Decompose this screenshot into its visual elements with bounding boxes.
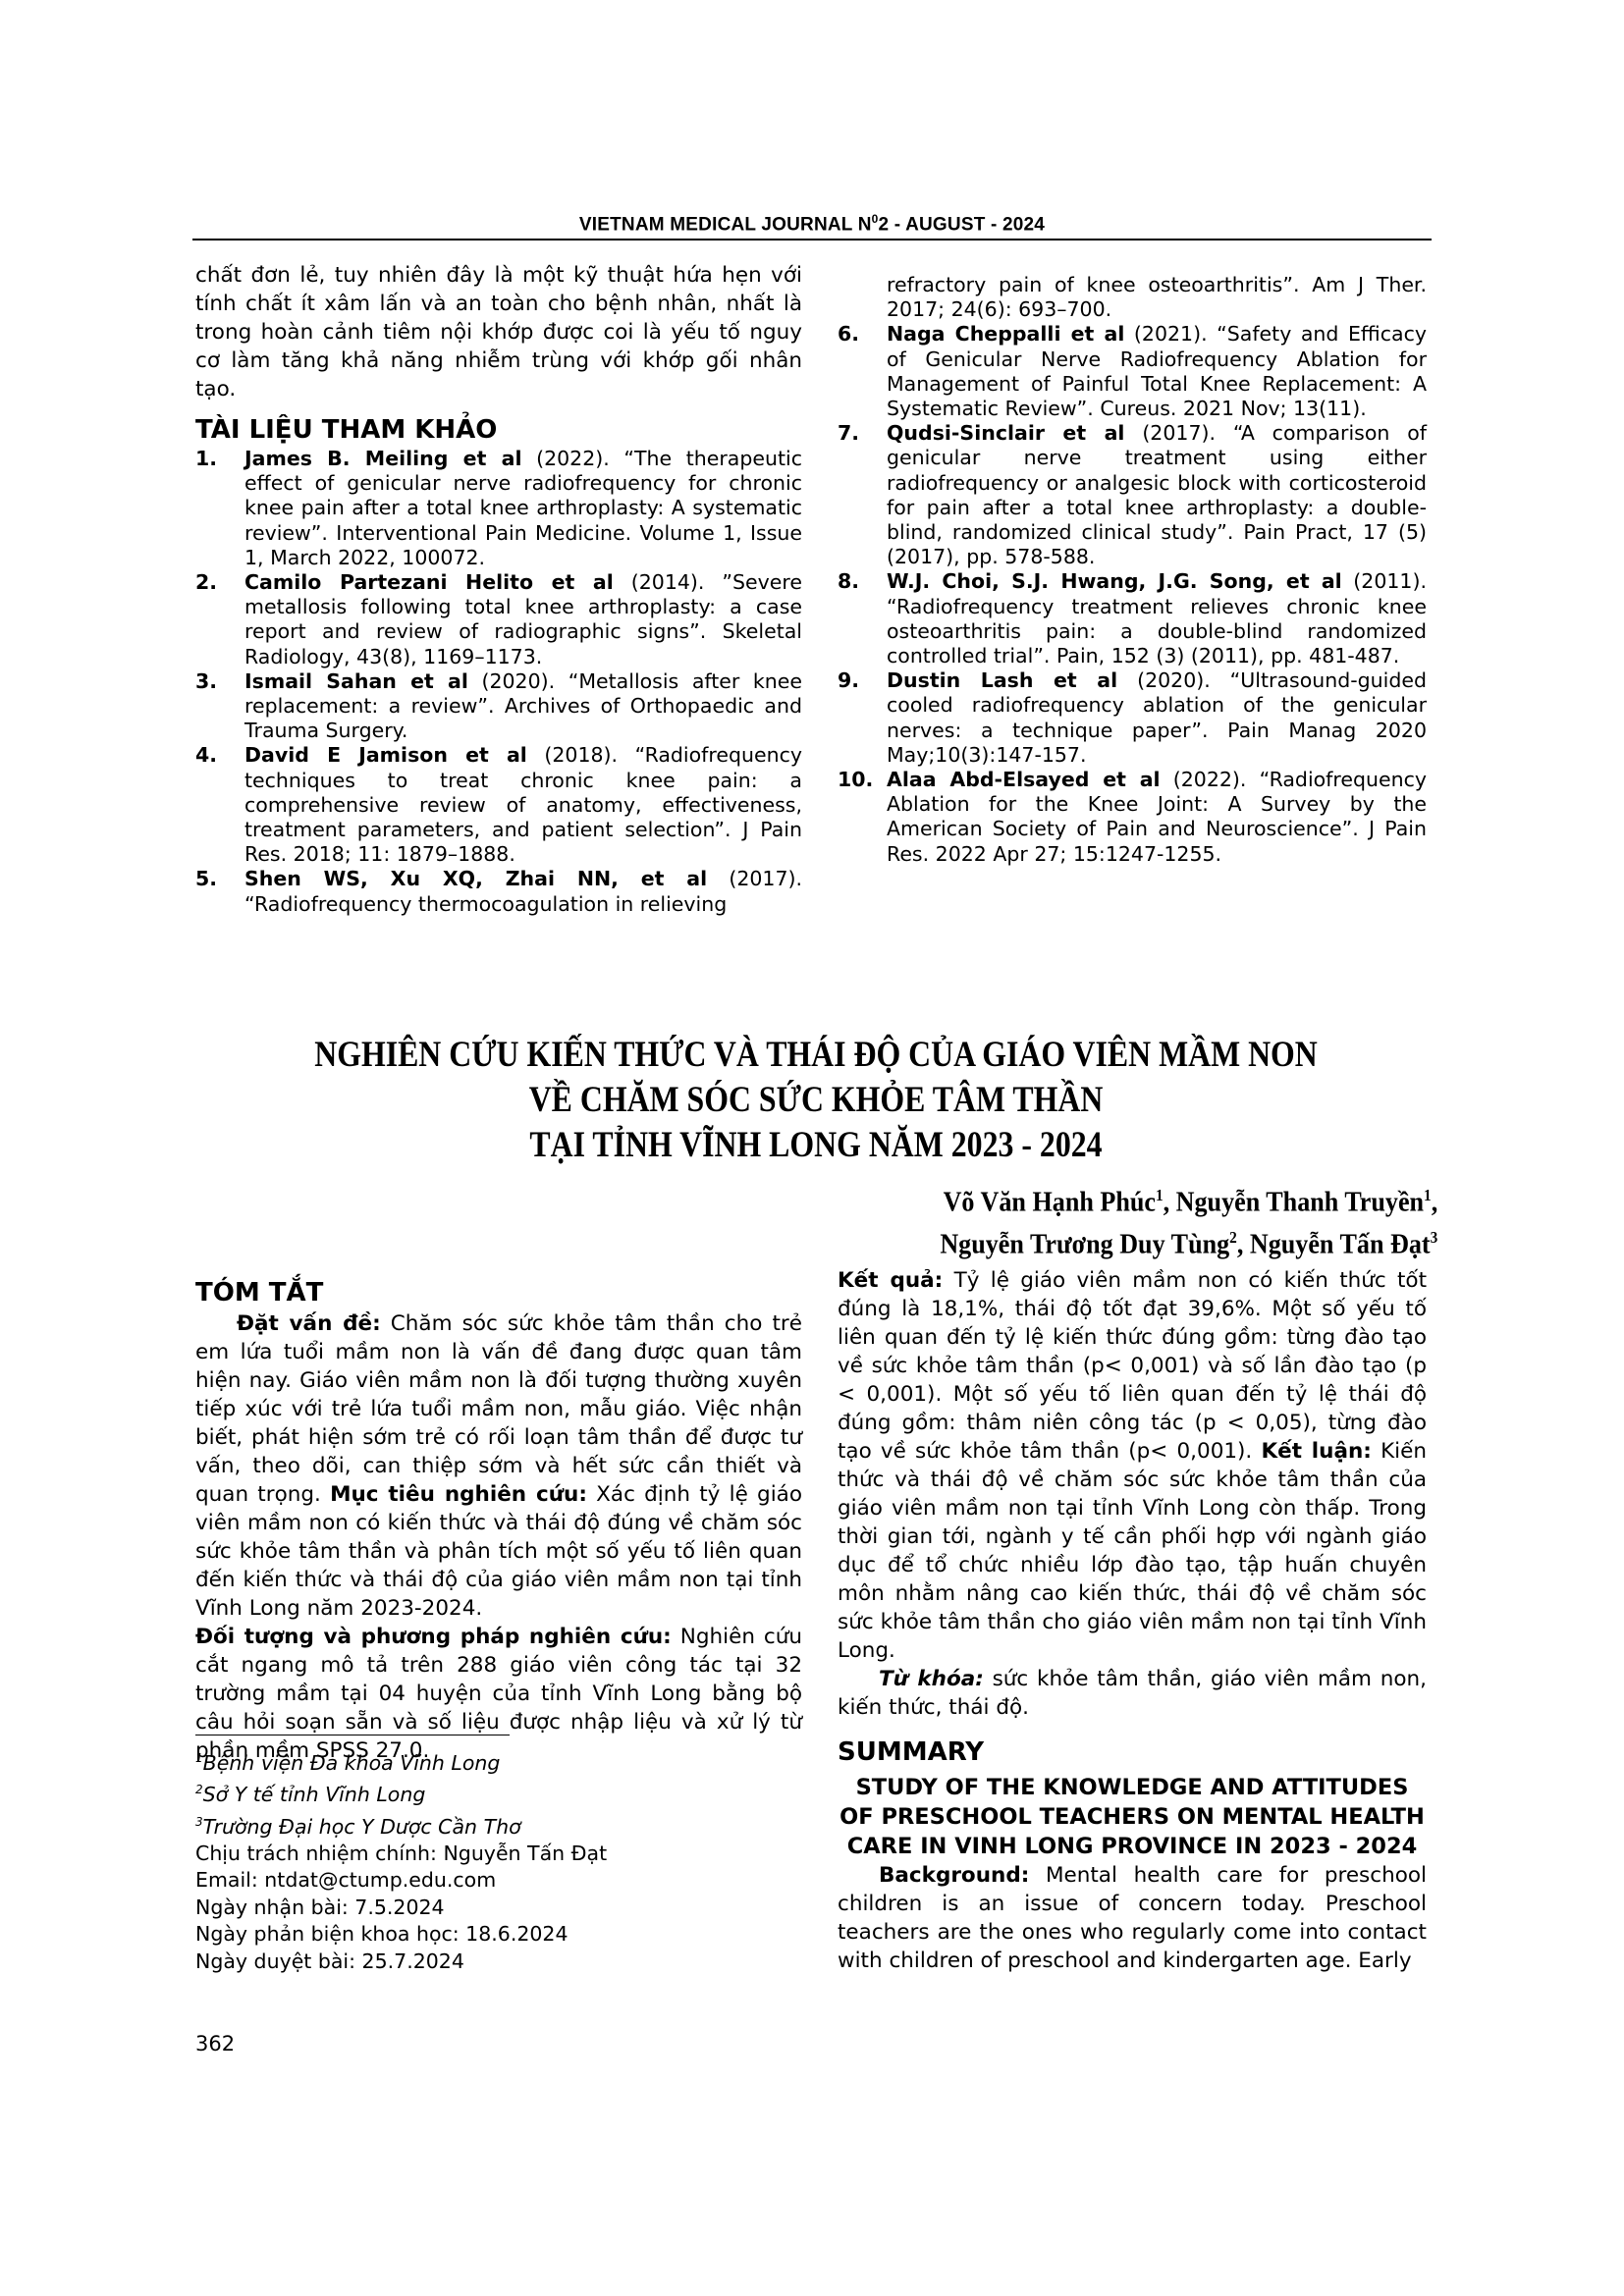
- english-title: STUDY OF THE KNOWLEDGE AND ATTITUDES OF …: [838, 1773, 1427, 1861]
- issue-date: 2 - AUGUST - 2024: [879, 214, 1046, 235]
- reference-item: 4.David E Jamison et al (2018). “Radiofr…: [195, 743, 802, 867]
- corresponding-author: Chịu trách nhiệm chính: Nguyễn Tấn Đạt: [195, 1841, 607, 1868]
- reviewed-date: Ngày phản biện khoa học: 18.6.2024: [195, 1921, 607, 1949]
- abstract-paragraph: Đặt vấn đề: Chăm sóc sức khỏe tâm thần c…: [195, 1309, 802, 1765]
- closing-paragraph: chất đơn lẻ, tuy nhiên đây là một kỹ thu…: [195, 261, 802, 403]
- accepted-date: Ngày duyệt bài: 25.7.2024: [195, 1949, 607, 1976]
- title-line: NGHIÊN CỨU KIẾN THỨC VÀ THÁI ĐỘ CỦA GIÁO…: [283, 1033, 1348, 1078]
- reference-item: 3.Ismail Sahan et al (2020). “Metallosis…: [195, 669, 802, 744]
- prev-article-right-column: refractory pain of knee osteoarthritis”.…: [838, 273, 1427, 867]
- article-title: NGHIÊN CỨU KIẾN THỨC VÀ THÁI ĐỘ CỦA GIÁO…: [283, 1033, 1348, 1168]
- page-number: 362: [195, 2032, 235, 2056]
- journal-name: VIETNAM MEDICAL JOURNAL N: [579, 214, 872, 235]
- reference-item-continued: refractory pain of knee osteoarthritis”.…: [838, 273, 1427, 322]
- reference-item: 6.Naga Cheppalli et al (2021). “Safety a…: [838, 322, 1427, 421]
- reference-item: 10.Alaa Abd-Elsayed et al (2022). “Radio…: [838, 768, 1427, 867]
- author-line: Nguyễn Trương Duy Tùng2, Nguyễn Tấn Đạt3: [940, 1220, 1437, 1262]
- email[interactable]: Email: ntdat@ctump.edu.com: [195, 1867, 607, 1895]
- reference-item: 9.Dustin Lash et al (2020). “Ultrasound-…: [838, 668, 1427, 768]
- prev-article-left-column: chất đơn lẻ, tuy nhiên đây là một kỹ thu…: [195, 261, 802, 917]
- reference-item: 5.Shen WS, Xu XQ, Zhai NN, et al (2017).…: [195, 867, 802, 916]
- reference-item: 8.W.J. Choi, S.J. Hwang, J.G. Song, et a…: [838, 569, 1427, 668]
- affiliation-sup: 2: [1229, 1228, 1237, 1247]
- abstract-vi-left: TÓM TẮT Đặt vấn đề: Chăm sóc sức khỏe tâ…: [195, 1276, 802, 1765]
- author-name: Nguyễn Thanh Truyền: [1175, 1187, 1423, 1218]
- references-list-continued: refractory pain of knee osteoarthritis”.…: [838, 273, 1427, 867]
- affiliation: 1Bệnh viện Đa khoa Vĩnh Long: [195, 1745, 607, 1777]
- author-line: Võ Văn Hạnh Phúc1, Nguyễn Thanh Truyền1,: [940, 1178, 1437, 1220]
- references-list: 1.James B. Meiling et al (2022). “The th…: [195, 447, 802, 917]
- header-rule: [192, 239, 1432, 240]
- reference-item: 7.Qudsi-Sinclair et al (2017). “A compar…: [838, 421, 1427, 569]
- author-name: Nguyễn Tấn Đạt: [1250, 1228, 1431, 1259]
- title-line: TẠI TỈNH VĨNH LONG NĂM 2023 - 2024: [283, 1123, 1348, 1168]
- running-header: VIETNAM MEDICAL JOURNAL N02 - AUGUST - 2…: [192, 212, 1432, 236]
- abstract-paragraph-continued: Kết quả: Tỷ lệ giáo viên mầm non có kiến…: [838, 1266, 1427, 1665]
- affiliation: 2Sở Y tế tỉnh Vĩnh Long: [195, 1777, 607, 1808]
- reference-item: 2.Camilo Partezani Helito et al (2014). …: [195, 570, 802, 669]
- abstract-heading: TÓM TẮT: [195, 1276, 802, 1309]
- title-line: VỀ CHĂM SÓC SỨC KHỎE TÂM THẦN: [283, 1078, 1348, 1123]
- author-list: Võ Văn Hạnh Phúc1, Nguyễn Thanh Truyền1,…: [940, 1178, 1437, 1261]
- keywords: Từ khóa: sức khỏe tâm thần, giáo viên mầ…: [838, 1665, 1427, 1722]
- author-name: Nguyễn Trương Duy Tùng: [940, 1228, 1229, 1259]
- journal-page: VIETNAM MEDICAL JOURNAL N02 - AUGUST - 2…: [0, 0, 1624, 2296]
- issue-number-sup: 0: [872, 212, 879, 226]
- affiliation-sup: 3: [1430, 1228, 1437, 1247]
- references-heading: TÀI LIỆU THAM KHẢO: [195, 413, 802, 447]
- author-name: Võ Văn Hạnh Phúc: [943, 1187, 1155, 1218]
- abstract-right-column: Kết quả: Tỷ lệ giáo viên mầm non có kiến…: [838, 1266, 1427, 1975]
- summary-paragraph: Background: Mental health care for presc…: [838, 1861, 1427, 1975]
- received-date: Ngày nhận bài: 7.5.2024: [195, 1895, 607, 1922]
- reference-item: 1.James B. Meiling et al (2022). “The th…: [195, 447, 802, 570]
- affiliation-sup: 1: [1156, 1186, 1164, 1204]
- footnote-rule: [195, 1735, 510, 1735]
- footnotes: 1Bệnh viện Đa khoa Vĩnh Long 2Sở Y tế tỉ…: [195, 1745, 607, 1975]
- affiliation: 3Trường Đại học Y Dược Cần Thơ: [195, 1809, 607, 1841]
- summary-heading: SUMMARY: [838, 1735, 1427, 1769]
- affiliation-sup: 1: [1424, 1186, 1432, 1204]
